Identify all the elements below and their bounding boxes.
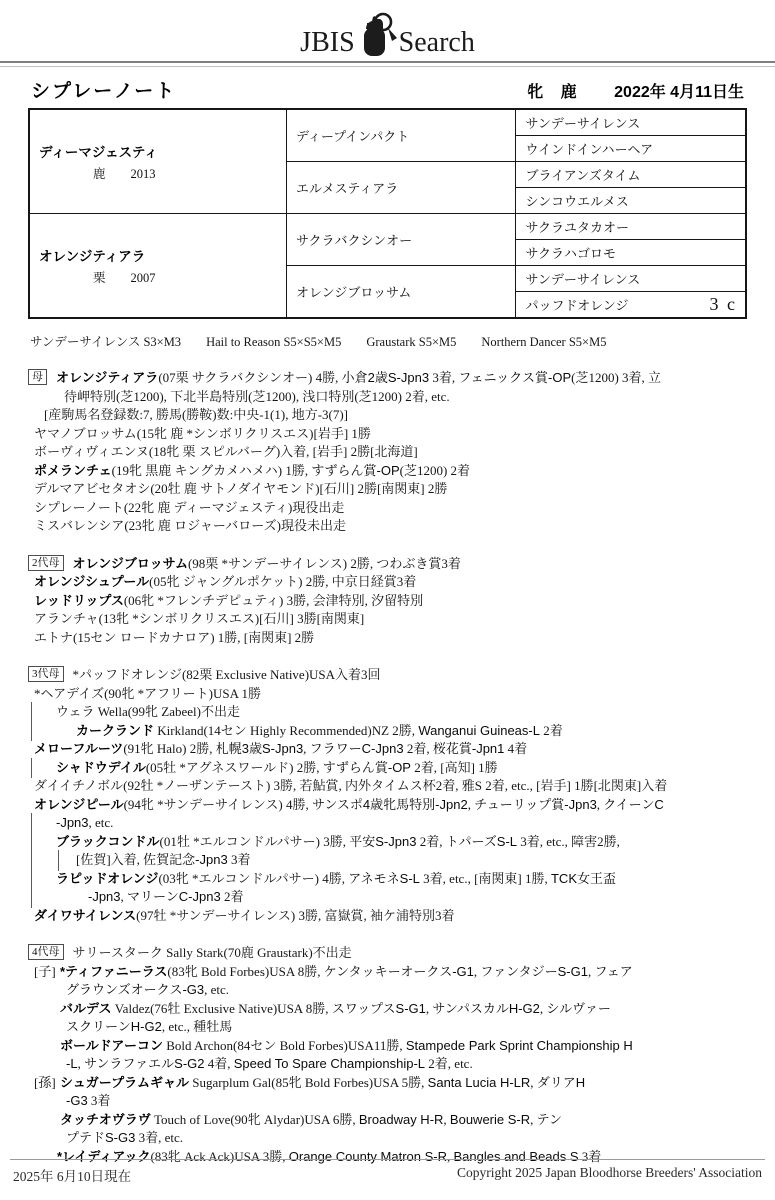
race-name: シルヴァー	[546, 1001, 611, 1016]
generation-badge: 3代母	[28, 666, 64, 682]
text-segment: 4着,	[205, 1056, 234, 1071]
text-segment: (19牝 黒鹿 キングカメハメハ) 1勝,	[112, 463, 312, 478]
race-name: サンスポ4歳牝馬特別-Jpn2	[312, 797, 468, 812]
text-segment: , etc.	[204, 982, 229, 997]
tree-connector-line	[31, 813, 32, 834]
pedigree-line: 2代母オレンジブロッサム(98栗 *サンデーサイレンス) 2勝, つわぶき賞3着	[28, 555, 747, 574]
pedigree-line: メローフルーツ(91牝 Halo) 2勝, 札幌3歳S-Jpn3, フラワーC-…	[28, 740, 747, 759]
pedigree-line: ダイイチノボル(92牡 *ノーザンテースト) 3勝, 若鮎賞, 内外タイムス杯2…	[28, 777, 747, 796]
race-name: フェニックス賞-OP	[458, 370, 571, 385]
pedigree-line: ブラックコンドル(01牡 *エルコンドルパサー) 3勝, 平安S-Jpn3 2着…	[28, 833, 747, 852]
race-name: テン	[537, 1112, 562, 1127]
text-segment: 3着, etc., [南関東] 1勝,	[420, 871, 551, 886]
ancestor-cell: シンコウエルメス	[516, 188, 746, 214]
horse-name: オレンジピール	[34, 797, 124, 812]
text-segment: (94牝 *サンデーサイレンス) 4勝,	[124, 797, 312, 812]
tree-connector-line	[31, 832, 32, 853]
race-name: サンラファエルS-G2	[84, 1056, 204, 1071]
pedigree-line: スクリーンH-G2, etc., 種牡馬	[28, 1018, 747, 1037]
text-segment: (03牝 *エルコンドルパサー) 4勝,	[158, 871, 348, 886]
text-segment: 2着, etc.	[425, 1056, 473, 1071]
race-name: すずらん賞-OP	[311, 463, 399, 478]
text-segment: *パッフドオレンジ(82栗 Exclusive Native)USA入着3回	[73, 667, 381, 682]
page-header: JBIS Search	[0, 0, 775, 67]
pedigree-line: [産駒馬名登録数:7, 勝馬(勝鞍)数:中央-1(1), 地方-3(7)]	[28, 406, 747, 425]
page-footer: 2025年 6月10日現在 Copyright 2025 Japan Blood…	[10, 1159, 765, 1194]
text-segment: エトナ(15セン ロードカナロア) 1勝, [南関東] 2勝	[34, 630, 314, 645]
coat-label: 鹿	[561, 84, 577, 101]
horse-name-title: シプレーノート	[31, 82, 176, 101]
text-segment: Sugarplum Gal(85牝 Bold Forbes)USA 5勝,	[189, 1075, 428, 1090]
ancestor-cell: サクラハゴロモ	[516, 240, 746, 266]
race-name: すずらん賞-OP	[323, 760, 411, 775]
logo-text-search: Search	[399, 30, 475, 57]
generation-section: 母オレンジティアラ(07栗 サクラバクシンオー) 4勝, 小倉2歳S-Jpn3 …	[28, 369, 747, 536]
horse-name: カークランド	[76, 723, 154, 738]
inbreeding-item: Graustark S5×M5	[366, 335, 456, 349]
pedigree-line: ボールドアーコン Bold Archon(84セン Bold Forbes)US…	[28, 1037, 747, 1056]
text-segment: (91牝 Halo) 2勝,	[123, 741, 215, 756]
race-name: 平安S-Jpn3	[349, 834, 416, 849]
jbis-logo-icon	[356, 11, 398, 57]
text-segment: 2着,	[404, 741, 433, 756]
horse-name: ラピッドオレンジ	[56, 871, 158, 886]
race-name: ファンタジーS-G1	[480, 964, 588, 979]
ancestor-cell: サクラバクシンオー	[286, 214, 516, 266]
pedigree-line: [佐賀]入着, 佐賀記念-Jpn3 3着	[28, 851, 747, 870]
text-segment: (97牡 *サンデーサイレンス) 3勝, 富嶽賞, 袖ケ浦特別3着	[136, 908, 454, 923]
pedigree-line: [孫]シュガープラムギャル Sugarplum Gal(85牝 Bold For…	[28, 1074, 747, 1093]
text-segment: ミスバレンシア(23牝 鹿 ロジャーバローズ)現役未出走	[34, 518, 346, 533]
generation-badge: 4代母	[28, 944, 64, 960]
text-segment: サリースターク Sally Stark(70鹿 Graustark)不出走	[73, 945, 352, 960]
inbreeding-line: サンデーサイレンス S3×M3Hail to Reason S5×S5×M5Gr…	[30, 332, 747, 350]
race-name: -G3	[66, 1093, 88, 1108]
text-segment: シプレーノート(22牝 鹿 ディーマジェスティ)現役出走	[34, 500, 344, 515]
text-segment: (07栗 サクラバクシンオー) 4勝,	[158, 370, 341, 385]
race-name: ケンタッキーオークス-G1	[324, 964, 474, 979]
dam-cell: オレンジティアラ 栗 2007	[29, 214, 286, 319]
race-name: Stampede Park Sprint Championship H	[406, 1038, 633, 1053]
pedigree-line: *ヘアデイズ(90牝 *アフリート)USA 1勝	[28, 685, 747, 704]
content: シプレーノート 牝 鹿 2022年 4月11日生 ディーマジェスティ 鹿 201…	[28, 82, 747, 1166]
pedigree-line: カークランド Kirkland(14セン Highly Recommended)…	[28, 722, 747, 741]
tree-connector-line	[58, 850, 59, 871]
text-segment: Kirkland(14セン Highly Recommended)NZ 2勝,	[154, 723, 418, 738]
horse-name: ポメランチェ	[34, 463, 112, 478]
jbis-logo: JBIS Search	[0, 7, 775, 57]
text-segment: 4着	[504, 741, 527, 756]
horse-name: オレンジブロッサム	[73, 556, 188, 571]
pedigree-line: シャドウデイル(05牡 *アグネスワールド) 2勝, すずらん賞-OP 2着, …	[28, 759, 747, 778]
text-segment: 2着, [高知] 1勝	[411, 760, 498, 775]
race-name: スクリーンH-G2	[66, 1019, 162, 1034]
pedigree-line: ポメランチェ(19牝 黒鹿 キングカメハメハ) 1勝, すずらん賞-OP(芝12…	[28, 462, 747, 481]
race-name: フェア	[594, 964, 632, 979]
race-name: -Jpn3	[88, 889, 121, 904]
female-line-sections: 母オレンジティアラ(07栗 サクラバクシンオー) 4勝, 小倉2歳S-Jpn3 …	[28, 369, 747, 1166]
text-segment: 2着	[540, 723, 563, 738]
text-segment: [産駒馬名登録数:7, 勝馬(勝鞍)数:中央-1(1), 地方-3(7)]	[44, 407, 348, 422]
race-name: 小倉2歳S-Jpn3	[342, 370, 429, 385]
pedigree-line: オレンジピール(94牝 *サンデーサイレンス) 4勝, サンスポ4歳牝馬特別-J…	[28, 796, 747, 815]
text-segment: アランチャ(13牝 *シンボリクリスエス)[石川] 3勝[南関東]	[34, 611, 364, 626]
ancestor-cell: サクラユタカオー	[516, 214, 746, 240]
race-name: -L	[66, 1056, 78, 1071]
pedigree-line: -Jpn3, マリーンC-Jpn3 2着	[28, 888, 747, 907]
race-name: サンパスカルH-G2	[432, 1001, 540, 1016]
pedigree-table: ディーマジェスティ 鹿 2013 ディープインパクト サンデーサイレンス ウイン…	[28, 108, 747, 319]
race-name: Santa Lucia H-LR	[428, 1075, 531, 1090]
horse-name: ボールドアーコン	[60, 1038, 163, 1053]
race-name: フラワーC-Jpn3	[310, 741, 404, 756]
birthdate-label: 2022年 4月11日生	[614, 84, 744, 101]
pedigree-line: バルデス Valdez(76牡 Exclusive Native)USA 8勝,…	[28, 1000, 747, 1019]
sire-name: ディーマジェスティ	[39, 141, 286, 161]
title-row: シプレーノート 牝 鹿 2022年 4月11日生	[31, 82, 744, 101]
text-segment: 3着	[88, 1093, 111, 1108]
race-name: クイーンC	[603, 797, 663, 812]
pedigree-line: ラピッドオレンジ(03牝 *エルコンドルパサー) 4勝, アネモネS-L 3着,…	[28, 870, 747, 889]
pedigree-line: エトナ(15セン ロードカナロア) 1勝, [南関東] 2勝	[28, 629, 747, 648]
text-segment: (05牡 *アグネスワールド) 2勝,	[146, 760, 323, 775]
horse-name: シャドウデイル	[56, 760, 146, 775]
ancestor-cell: ディープインパクト	[286, 109, 516, 162]
text-segment: ウェラ Wella(99牝 Zabeel)不出走	[56, 704, 240, 719]
text-segment: ダイイチノボル(92牡 *ノーザンテースト) 3勝, 若鮎賞, 内外タイムス杯2…	[34, 778, 667, 793]
generation-section: 4代母サリースターク Sally Stark(70鹿 Graustark)不出走…	[28, 944, 747, 1166]
text-segment: (01牡 *エルコンドルパサー) 3勝,	[159, 834, 349, 849]
race-name: TCK女王盃	[551, 871, 616, 886]
text-segment: 3着,	[429, 370, 458, 385]
text-segment: , etc., 種牡馬	[162, 1019, 232, 1034]
text-segment: 待岬特別(芝1200), 下北半島特別(芝1200), 浅口特別(芝1200) …	[64, 389, 450, 404]
race-name: チューリップ賞-Jpn3	[474, 797, 597, 812]
generation-badge: 母	[28, 369, 47, 385]
pedigree-line: グラウンズオークス-G3, etc.	[28, 981, 747, 1000]
pedigree-line: -Jpn3, etc.	[28, 814, 747, 833]
race-name: Wanganui Guineas-L	[418, 723, 540, 738]
generation-section: 3代母*パッフドオレンジ(82栗 Exclusive Native)USA入着3…	[28, 666, 747, 925]
pedigree-line: シプレーノート(22牝 鹿 ディーマジェスティ)現役出走	[28, 499, 747, 518]
pedigree-line: 3代母*パッフドオレンジ(82栗 Exclusive Native)USA入着3…	[28, 666, 747, 685]
tree-connector-line	[31, 721, 32, 742]
pedigree-line: 母オレンジティアラ(07栗 サクラバクシンオー) 4勝, 小倉2歳S-Jpn3 …	[28, 369, 747, 388]
pedigree-line: [子]*ティファニーラス(83牝 Bold Forbes)USA 8勝, ケンタ…	[28, 963, 747, 982]
ancestor-cell: サンデーサイレンス	[516, 266, 746, 292]
sire-cell: ディーマジェスティ 鹿 2013	[29, 109, 286, 214]
tree-connector-line	[31, 758, 32, 779]
race-name: 札幌3歳S-Jpn3	[216, 741, 303, 756]
text-segment: デルマアビセタオシ(20牡 鹿 サトノダイヤモンド)[石川] 2勝[南関東] 2…	[34, 481, 447, 496]
sire-coat-year: 鹿 2013	[39, 164, 286, 182]
race-name: アネモネS-L	[348, 871, 420, 886]
horse-name: ブラックコンドル	[56, 834, 159, 849]
tree-connector-line	[31, 887, 32, 908]
pedigree-line: デルマアビセタオシ(20牡 鹿 サトノダイヤモンド)[石川] 2勝[南関東] 2…	[28, 480, 747, 499]
horse-name: メローフルーツ	[34, 741, 123, 756]
horse-name: オレンジシュプール	[34, 574, 149, 589]
header-divider	[0, 61, 775, 67]
inbreeding-item: Northern Dancer S5×M5	[481, 335, 606, 349]
text-segment: 2着,	[416, 834, 445, 849]
horse-name: シュガープラムギャル	[60, 1075, 189, 1090]
pedigree-line: アランチャ(13牝 *シンボリクリスエス)[石川] 3勝[南関東]	[28, 610, 747, 629]
text-segment: (05牝 ジャングルポケット) 2勝, 中京日経賞3着	[149, 574, 416, 589]
group-label: [孫]	[34, 1074, 60, 1093]
ancestor-name: パッフドオレンジ	[525, 295, 628, 314]
pedigree-line: オレンジシュプール(05牝 ジャングルポケット) 2勝, 中京日経賞3着	[28, 573, 747, 592]
horse-name: レッドリップス	[34, 593, 124, 608]
race-name: スワップスS-G1	[332, 1001, 426, 1016]
tree-connector-line	[31, 850, 32, 871]
ancestor-cell: ブライアンズタイム	[516, 162, 746, 188]
pedigree-line: -G3 3着	[28, 1092, 747, 1111]
as-of-date: 2025年 6月10日現在	[13, 1165, 131, 1185]
dam-coat-year: 栗 2007	[39, 268, 286, 286]
pedigree-line: ウェラ Wella(99牝 Zabeel)不出走	[28, 703, 747, 722]
pedigree-line: タッチオヴラヴ Touch of Love(90牝 Alydar)USA 6勝,…	[28, 1111, 747, 1130]
text-segment: 3着	[228, 852, 251, 867]
horse-name: ダイワサイレンス	[34, 908, 136, 923]
text-segment: Valdez(76牡 Exclusive Native)USA 8勝,	[111, 1001, 331, 1016]
copyright: Copyright 2025 Japan Bloodhorse Breeders…	[457, 1165, 762, 1185]
text-segment: (83牝 Bold Forbes)USA 8勝,	[167, 964, 323, 979]
pedigree-line: ボーヴィヴィエンヌ(18牝 栗 スピルバーグ)入着, [岩手] 2勝[北海道]	[28, 443, 747, 462]
horse-name: オレンジティアラ	[56, 370, 158, 385]
pedigree-line: ミスバレンシア(23牝 鹿 ロジャーバローズ)現役未出走	[28, 517, 747, 536]
text-segment: 2着	[221, 889, 244, 904]
text-segment: Touch of Love(90牝 Alydar)USA 6勝,	[151, 1112, 359, 1127]
pedigree-line: レッドリップス(06牝 *フレンチデピュティ) 3勝, 会津特別, 汐留特別	[28, 592, 747, 611]
text-segment: (98栗 *サンデーサイレンス) 2勝, つわぶき賞3着	[188, 556, 461, 571]
text-segment: (06牝 *フレンチデピュティ) 3勝, 会津特別, 汐留特別	[124, 593, 423, 608]
pedigree-line: プテドS-G3 3着, etc.	[28, 1129, 747, 1148]
family-number: 3 c	[710, 294, 738, 315]
race-name: プテドS-G3	[66, 1130, 135, 1145]
text-segment: ヤマノブロッサム(15牝 鹿 *シンボリクリスエス)[岩手] 1勝	[34, 426, 371, 441]
horse-name: バルデス	[60, 1001, 111, 1016]
text-segment: 3着, etc.	[135, 1130, 183, 1145]
tree-connector-line	[31, 869, 32, 890]
horse-name: *ティファニーラス	[60, 964, 167, 979]
horse-profile: 牝 鹿 2022年 4月11日生	[527, 85, 744, 101]
pedigree-line: 待岬特別(芝1200), 下北半島特別(芝1200), 浅口特別(芝1200) …	[28, 388, 747, 407]
text-segment: *ヘアデイズ(90牝 *アフリート)USA 1勝	[34, 686, 261, 701]
ancestor-cell: サンデーサイレンス	[516, 109, 746, 136]
ancestor-cell: ウインドインハーヘア	[516, 136, 746, 162]
race-name: -Jpn3	[56, 815, 89, 830]
race-name: Bouwerie S-R	[450, 1112, 530, 1127]
text-segment: (芝1200) 3着, 立	[571, 370, 661, 385]
dam-name: オレンジティアラ	[39, 245, 286, 265]
text-segment: 3着, etc., 障害2勝,	[517, 834, 620, 849]
race-name: マリーンC-Jpn3	[127, 889, 221, 904]
group-label: [子]	[34, 963, 60, 982]
race-name: トパーズS-L	[446, 834, 517, 849]
tree-connector-line	[31, 702, 32, 723]
text-segment: [佐賀]入着,	[76, 852, 143, 867]
generation-badge: 2代母	[28, 555, 64, 571]
race-name: Broadway H-R	[359, 1112, 444, 1127]
logo-text-jbis: JBIS	[300, 30, 354, 57]
inbreeding-item: サンデーサイレンス S3×M3	[30, 335, 181, 349]
race-name: グラウンズオークス-G3	[66, 982, 204, 997]
inbreeding-item: Hail to Reason S5×S5×M5	[206, 335, 341, 349]
ancestor-cell: オレンジブロッサム	[286, 266, 516, 319]
pedigree-line: -L, サンラファエルS-G2 4着, Speed To Spare Champ…	[28, 1055, 747, 1074]
text-segment: Bold Archon(84セン Bold Forbes)USA11勝,	[163, 1038, 406, 1053]
race-name: Speed To Spare Championship-L	[234, 1056, 425, 1071]
race-name: 佐賀記念-Jpn3	[143, 852, 228, 867]
text-segment: (芝1200) 2着	[400, 463, 470, 478]
pedigree-page: JBIS Search シプレーノート 牝 鹿 2022年 4月11日生	[0, 0, 775, 1200]
race-name: 桜花賞-Jpn1	[433, 741, 505, 756]
pedigree-line: 4代母サリースターク Sally Stark(70鹿 Graustark)不出走	[28, 944, 747, 963]
text-segment: ボーヴィヴィエンヌ(18牝 栗 スピルバーグ)入着, [岩手] 2勝[北海道]	[34, 444, 418, 459]
generation-section: 2代母オレンジブロッサム(98栗 *サンデーサイレンス) 2勝, つわぶき賞3着…	[28, 555, 747, 648]
horse-name: タッチオヴラヴ	[60, 1112, 151, 1127]
pedigree-line: ヤマノブロッサム(15牝 鹿 *シンボリクリスエス)[岩手] 1勝	[28, 425, 747, 444]
ancestor-cell: パッフドオレンジ 3 c	[516, 292, 746, 319]
sex-label: 牝	[527, 84, 543, 101]
race-name: ダリアH	[537, 1075, 585, 1090]
text-segment: , etc.	[89, 815, 114, 830]
ancestor-cell: エルメスティアラ	[286, 162, 516, 214]
pedigree-line: ダイワサイレンス(97牡 *サンデーサイレンス) 3勝, 富嶽賞, 袖ケ浦特別3…	[28, 907, 747, 926]
